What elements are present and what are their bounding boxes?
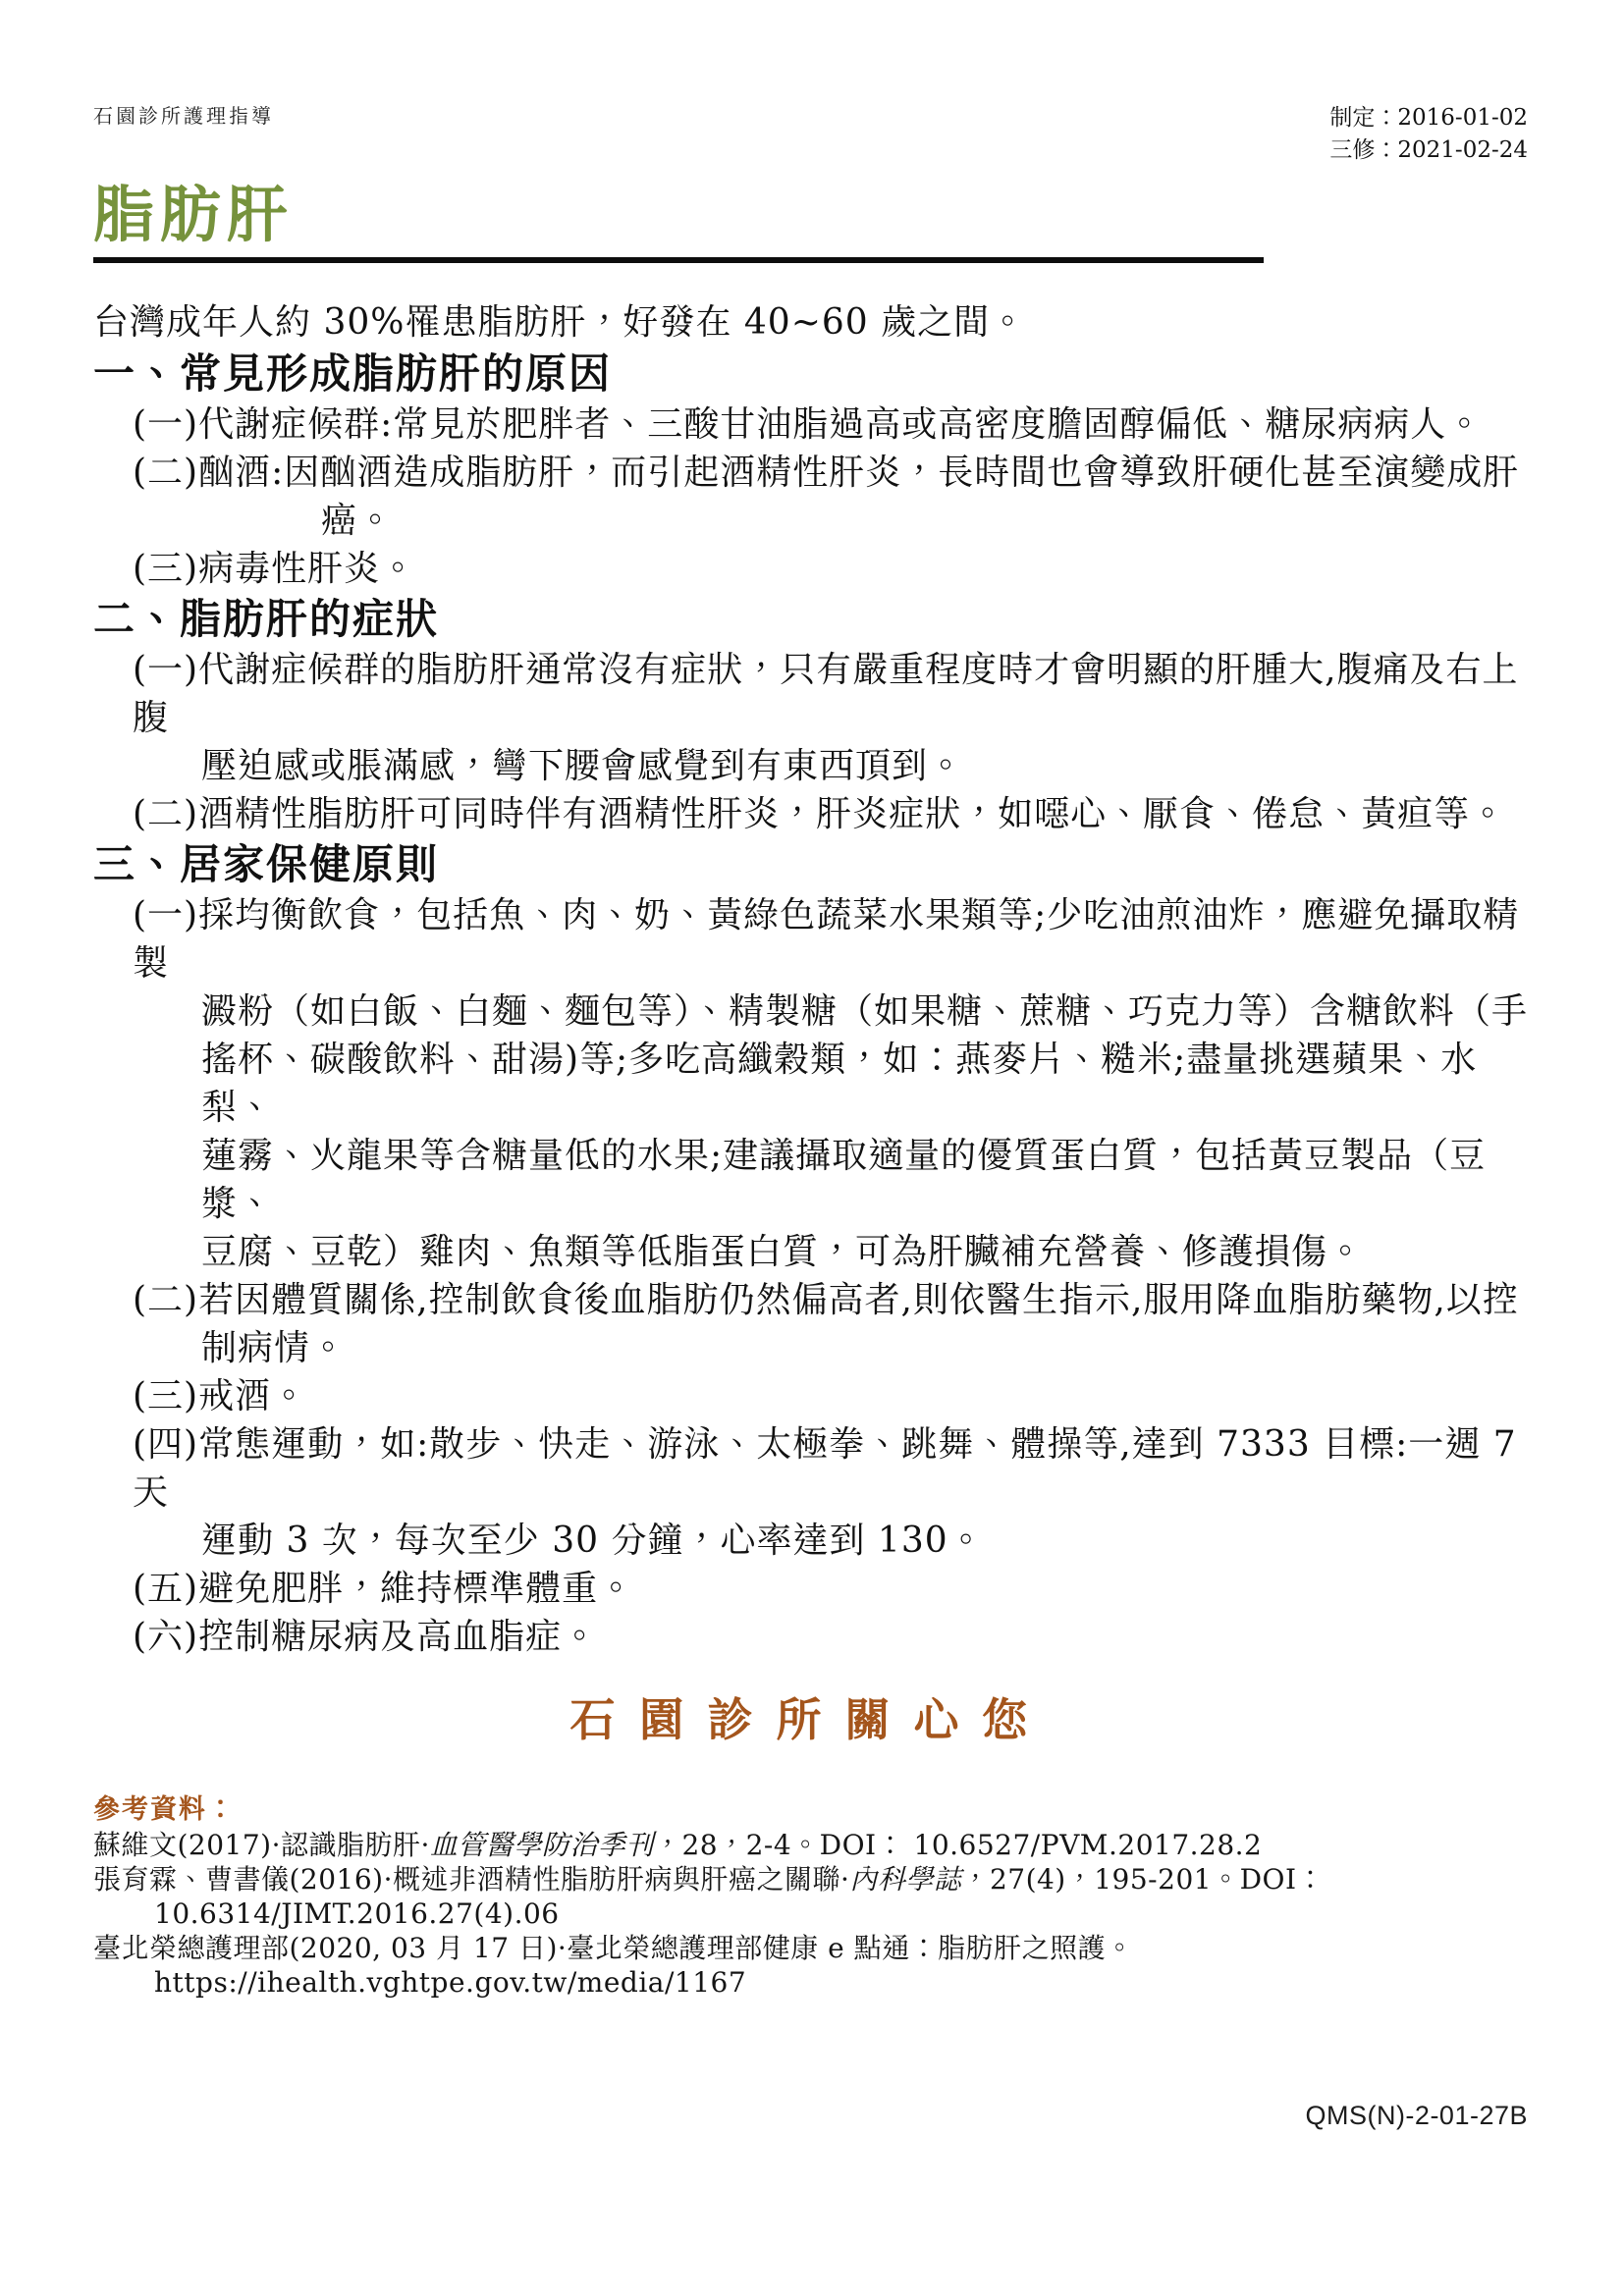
text-line: 豆腐、豆乾）雞肉、魚類等低脂蛋白質，可為肝臟補充營養、修護損傷。 <box>201 1228 1528 1276</box>
reference-text: 臺北榮總護理部(2020, 03 月 17 日)·臺北榮總護理部健康 e 點通：… <box>93 1932 1134 1964</box>
page-header: 石園診所護理指導 制定：2016-01-02 三修：2021-02-24 <box>93 0 1528 167</box>
text-line: 癌。 <box>321 497 1528 545</box>
document-page: 石園診所護理指導 制定：2016-01-02 三修：2021-02-24 脂肪肝… <box>0 0 1624 2296</box>
section-heading: 一、常見形成脂肪肝的原因 <box>93 347 1528 400</box>
text-line: (二)酒精性脂肪肝可同時伴有酒精性肝炎，肝炎症狀，如噁心、厭食、倦怠、黃疸等。 <box>133 790 1528 838</box>
reference-text: 蘇維文(2017)·認識脂肪肝· <box>93 1829 430 1861</box>
document-code: QMS(N)-2-01-27B <box>1305 2101 1528 2131</box>
reference-entry: 蘇維文(2017)·認識脂肪肝·血管醫學防治季刊，28，2-4。DOI： 10.… <box>93 1828 1528 1862</box>
section-heading: 二、脂肪肝的症狀 <box>93 593 1528 646</box>
text-line: (三)病毒性肝炎。 <box>133 545 1528 593</box>
intro-paragraph: 台灣成年人約 30%罹患脂肪肝，好發在 40~60 歲之間。 <box>93 298 1528 347</box>
header-org-label: 石園診所護理指導 <box>93 102 274 130</box>
reference-text: ，28，2-4。DOI： 10.6527/PVM.2017.28.2 <box>654 1829 1262 1861</box>
title-block: 脂肪肝 <box>93 181 1264 263</box>
text-line: 制病情。 <box>201 1324 1528 1372</box>
header-revised-date: 三修：2021-02-24 <box>1329 134 1528 167</box>
text-line: 蓮霧、火龍果等含糖量低的水果;建議攝取適量的優質蛋白質，包括黃豆製品（豆漿、 <box>201 1132 1528 1228</box>
journal-name: 血管醫學防治季刊 <box>430 1829 654 1861</box>
section-heading: 三、居家保健原則 <box>93 838 1528 891</box>
text-line: (二)酗酒:因酗酒造成脂肪肝，而引起酒精性肝炎，長時間也會導致肝硬化甚至演變成肝 <box>133 449 1528 497</box>
section-home-care: 三、居家保健原則 (一)採均衡飲食，包括魚、肉、奶、黃綠色蔬菜水果類等;少吃油煎… <box>93 838 1528 1661</box>
reference-url: https://ihealth.vghtpe.gov.tw/media/1167 <box>154 1965 1528 2000</box>
reference-entry: 臺北榮總護理部(2020, 03 月 17 日)·臺北榮總護理部健康 e 點通：… <box>93 1931 1528 1965</box>
text-line: (六)控制糖尿病及高血脂症。 <box>133 1613 1528 1661</box>
text-line: 澱粉（如白飯、白麵、麵包等）、精製糖（如果糖、蔗糖、巧克力等）含糖飲料（手 <box>201 988 1528 1036</box>
section-causes: 一、常見形成脂肪肝的原因 (一)代謝症候群:常見於肥胖者、三酸甘油脂過高或高密度… <box>93 347 1528 593</box>
header-issued-date: 制定：2016-01-02 <box>1329 102 1528 134</box>
clinic-slogan: 石園診所關心您 <box>93 1690 1528 1749</box>
text-line: 運動 3 次，每次至少 30 分鐘，心率達到 130。 <box>201 1517 1528 1565</box>
text-line: (五)避免肥胖，維持標準體重。 <box>133 1565 1528 1613</box>
references-heading: 參考資料： <box>93 1792 1528 1828</box>
header-revision-dates: 制定：2016-01-02 三修：2021-02-24 <box>1329 102 1528 167</box>
text-line: (一)代謝症候群:常見於肥胖者、三酸甘油脂過高或高密度膽固醇偏低、糖尿病病人。 <box>133 400 1528 449</box>
text-line: 壓迫感或脹滿感，彎下腰會感覺到有東西頂到。 <box>201 742 1528 790</box>
reference-text: 張育霖、曹書儀(2016)·概述非酒精性脂肪肝病與肝癌之關聯· <box>93 1863 849 1896</box>
text-line: (二)若因體質關係,控制飲食後血脂肪仍然偏高者,則依醫生指示,服用降血脂肪藥物,… <box>133 1276 1528 1324</box>
reference-entry: 張育霖、曹書儀(2016)·概述非酒精性脂肪肝病與肝癌之關聯·內科學誌，27(4… <box>93 1862 1528 1896</box>
text-line: (三)戒酒。 <box>133 1372 1528 1420</box>
text-line: (四)常態運動，如:散步、快走、游泳、太極拳、跳舞、體操等,達到 7333 目標… <box>133 1420 1528 1517</box>
journal-name: 內科學誌 <box>849 1863 961 1896</box>
reference-text: ，27(4)，195-201。DOI： <box>961 1863 1325 1896</box>
page-title: 脂肪肝 <box>93 181 1264 249</box>
text-line: (一)代謝症候群的脂肪肝通常沒有症狀，只有嚴重程度時才會明顯的肝腫大,腹痛及右上… <box>133 646 1528 742</box>
references-section: 參考資料： 蘇維文(2017)·認識脂肪肝·血管醫學防治季刊，28，2-4。DO… <box>93 1792 1528 2000</box>
text-line: (一)採均衡飲食，包括魚、肉、奶、黃綠色蔬菜水果類等;少吃油煎油炸，應避免攝取精… <box>133 891 1528 988</box>
text-line: 搖杯、碳酸飲料、甜湯)等;多吃高纖穀類，如：燕麥片、糙米;盡量挑選蘋果、水梨、 <box>201 1036 1528 1132</box>
section-symptoms: 二、脂肪肝的症狀 (一)代謝症候群的脂肪肝通常沒有症狀，只有嚴重程度時才會明顯的… <box>93 593 1528 838</box>
reference-doi: 10.6314/JIMT.2016.27(4).06 <box>154 1896 1528 1931</box>
